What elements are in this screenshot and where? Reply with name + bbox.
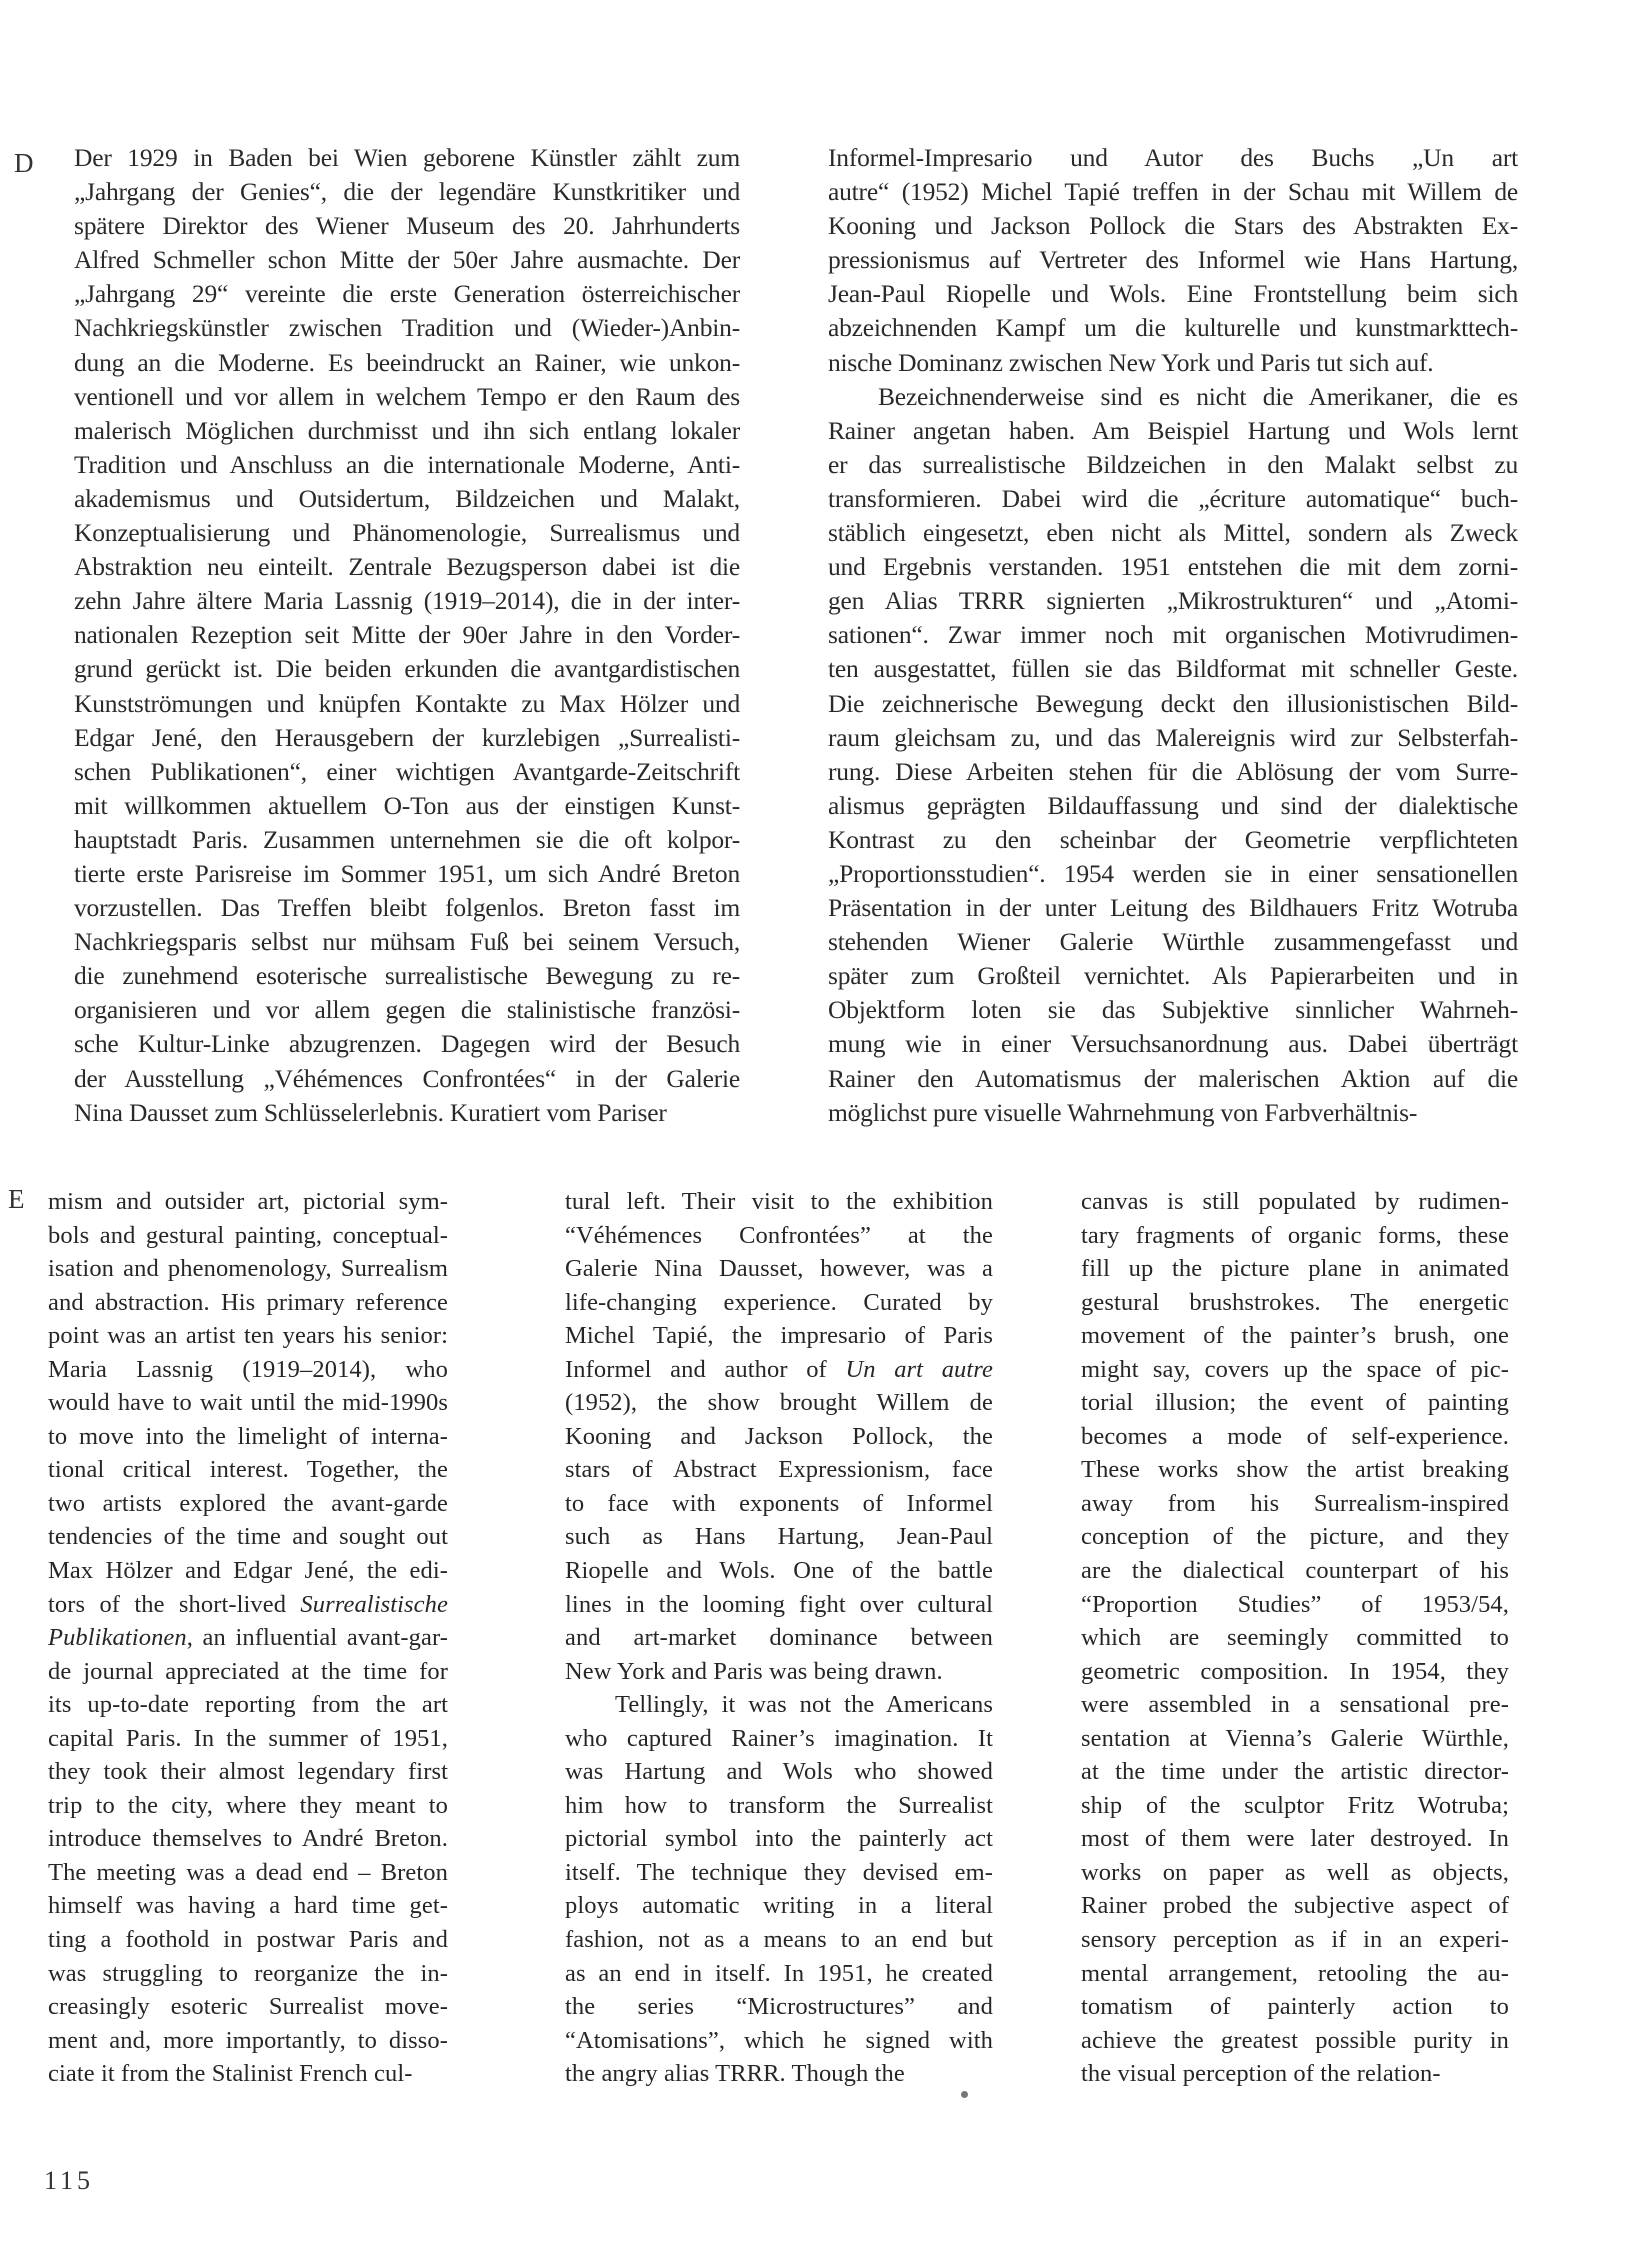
text-line: spätere Direktor des Wiener Museum des 2… — [74, 209, 740, 243]
text-line: most of them were later destroyed. In — [1081, 1822, 1509, 1856]
text-line: bols and gestural painting, conceptual- — [48, 1219, 448, 1253]
text-line: “Véhémences Confrontées” at the — [565, 1219, 993, 1253]
text-line: Rainer angetan haben. Am Beispiel Hartun… — [828, 414, 1518, 448]
english-section-marker: E — [8, 1184, 25, 1215]
text-line: pressionismus auf Vertreter des Informel… — [828, 243, 1518, 277]
text-line: mung wie in einer Versuchsanordnung aus.… — [828, 1027, 1518, 1061]
german-text-left-column: Der 1929 in Baden bei Wien geborene Küns… — [74, 141, 740, 1130]
text-line: New York and Paris was being drawn. — [565, 1655, 993, 1689]
text-line: might say, covers up the space of pic- — [1081, 1353, 1509, 1387]
text-line: works on paper as well as objects, — [1081, 1856, 1509, 1890]
text-line: Konzeptualisierung und Phänomenologie, S… — [74, 516, 740, 550]
text-line: zehn Jahre ältere Maria Lassnig (1919–20… — [74, 584, 740, 618]
text-line: canvas is still populated by rudimen- — [1081, 1185, 1509, 1219]
text-line: they took their almost legendary first — [48, 1755, 448, 1789]
text-line: Nachkriegsparis selbst nur mühsam Fuß be… — [74, 925, 740, 959]
text-line: Jean-Paul Riopelle und Wols. Eine Fronts… — [828, 277, 1518, 311]
text-line: tendencies of the time and sought out — [48, 1520, 448, 1554]
text-line: isation and phenomenology, Surrealism — [48, 1252, 448, 1286]
text-line: was Hartung and Wols who showed — [565, 1755, 993, 1789]
journal-title: Surrealistische — [300, 1591, 448, 1618]
text-line: tierte erste Parisreise im Sommer 1951, … — [74, 857, 740, 891]
text-line: hauptstadt Paris. Zusammen unternehmen s… — [74, 823, 740, 857]
text-line: er das surrealistische Bildzeichen in de… — [828, 448, 1518, 482]
german-section-marker: D — [14, 148, 34, 179]
text-line: were assembled in a sensational pre- — [1081, 1688, 1509, 1722]
text-line: schen Publikationen“, einer wichtigen Av… — [74, 755, 740, 789]
text-line: Informel and author of Un art autre — [565, 1353, 993, 1387]
text-line: organisieren und vor allem gegen die sta… — [74, 993, 740, 1027]
text-line: gestural brushstrokes. The energetic — [1081, 1286, 1509, 1320]
text-line: The meeting was a dead end – Breton — [48, 1856, 448, 1890]
text-line: (1952), the show brought Willem de — [565, 1386, 993, 1420]
text-line: stäblich eingesetzt, eben nicht als Mitt… — [828, 516, 1518, 550]
text-line: and abstraction. His primary reference — [48, 1286, 448, 1320]
text-line: tional critical interest. Together, the — [48, 1453, 448, 1487]
text-line: Abstraktion neu einteilt. Zentrale Bezug… — [74, 550, 740, 584]
text-line: transformieren. Dabei wird die „écriture… — [828, 482, 1518, 516]
text-line: Kooning und Jackson Pollock die Stars de… — [828, 209, 1518, 243]
text-line: Objektform loten sie das Subjektive sinn… — [828, 993, 1518, 1027]
text-line: “Proportion Studies” of 1953/54, — [1081, 1588, 1509, 1622]
page-number: 115 — [44, 2166, 94, 2196]
text-line: mism and outsider art, pictorial sym- — [48, 1185, 448, 1219]
german-text-right-column: Informel-Impresario und Autor des Buchs … — [828, 141, 1518, 1130]
text-line: the series “Microstructures” and — [565, 1990, 993, 2024]
text-line: Kooning and Jackson Pollock, the — [565, 1420, 993, 1454]
text-line: später zum Großteil vernichtet. Als Papi… — [828, 959, 1518, 993]
text-line: trip to the city, where they meant to — [48, 1789, 448, 1823]
text-line: and art-market dominance between — [565, 1621, 993, 1655]
text-line: away from his Surrealism-inspired — [1081, 1487, 1509, 1521]
text-line: torial illusion; the event of painting — [1081, 1386, 1509, 1420]
text-line: fill up the picture plane in animated — [1081, 1252, 1509, 1286]
text-line: creasingly esoteric Surrealist move- — [48, 1990, 448, 2024]
text-line: und Ergebnis verstanden. 1951 entstehen … — [828, 550, 1518, 584]
text-line: tomatism of painterly action to — [1081, 1990, 1509, 2024]
text-line: Edgar Jené, den Herausgebern der kurzleb… — [74, 721, 740, 755]
text-line: two artists explored the avant-garde — [48, 1487, 448, 1521]
text-line: de journal appreciated at the time for — [48, 1655, 448, 1689]
text-line: ting a foothold in postwar Paris and — [48, 1923, 448, 1957]
text-line: such as Hans Hartung, Jean-Paul — [565, 1520, 993, 1554]
text-line: tors of the short-lived Surrealistische — [48, 1588, 448, 1622]
text-line: the visual perception of the relation- — [1081, 2057, 1509, 2091]
text-line: to move into the limelight of interna- — [48, 1420, 448, 1454]
text-line: point was an artist ten years his senior… — [48, 1319, 448, 1353]
text-line: himself was having a hard time get- — [48, 1889, 448, 1923]
text-line: mit willkommen aktuellem O-Ton aus der e… — [74, 789, 740, 823]
text-line: Kontrast zu den scheinbar der Geometrie … — [828, 823, 1518, 857]
text-line: conception of the picture, and they — [1081, 1520, 1509, 1554]
text-line: rung. Diese Arbeiten stehen für die Ablö… — [828, 755, 1518, 789]
text-line: Publikationen, an influential avant-gar- — [48, 1621, 448, 1655]
text-line: malerisch Möglichen durchmisst und ihn s… — [74, 414, 740, 448]
text-line: ten ausgestattet, füllen sie das Bildfor… — [828, 652, 1518, 686]
text-line: achieve the greatest possible purity in — [1081, 2024, 1509, 2058]
journal-title: Publikationen — [48, 1624, 187, 1651]
text-line: geometric composition. In 1954, they — [1081, 1655, 1509, 1689]
english-text-column-2: tural left. Their visit to the exhibitio… — [565, 1185, 993, 2091]
text-line: autre“ (1952) Michel Tapié treffen in de… — [828, 175, 1518, 209]
text-line: die zunehmend esoterische surrealistisch… — [74, 959, 740, 993]
text-line: its up-to-date reporting from the art — [48, 1688, 448, 1722]
text-line: Nachkriegskünstler zwischen Tradition un… — [74, 311, 740, 345]
text-line: him how to transform the Surrealist — [565, 1789, 993, 1823]
text-line: becomes a mode of self-experience. — [1081, 1420, 1509, 1454]
text-line: akademismus und Outsidertum, Bildzeichen… — [74, 482, 740, 516]
text-line: movement of the painter’s brush, one — [1081, 1319, 1509, 1353]
text-line: grund gerückt ist. Die beiden erkunden d… — [74, 652, 740, 686]
text-line: nationalen Rezeption seit Mitte der 90er… — [74, 618, 740, 652]
text-line: Rainer den Automatismus der malerischen … — [828, 1062, 1518, 1096]
text-line: gen Alias TRRR signierten „Mikrostruktur… — [828, 584, 1518, 618]
text-line: Michel Tapié, the impresario of Paris — [565, 1319, 993, 1353]
text-line: Informel-Impresario und Autor des Buchs … — [828, 141, 1518, 175]
text-line: raum gleichsam zu, und das Malereignis w… — [828, 721, 1518, 755]
book-title: Un art autre — [845, 1356, 993, 1383]
text-line: “Atomisations”, which he signed with — [565, 2024, 993, 2058]
text-line: ventionell und vor allem in welchem Temp… — [74, 380, 740, 414]
text-line: Galerie Nina Dausset, however, was a — [565, 1252, 993, 1286]
text-line: at the time under the artistic director- — [1081, 1755, 1509, 1789]
text-line: pictorial symbol into the painterly act — [565, 1822, 993, 1856]
text-line: sationen“. Zwar immer noch mit organisch… — [828, 618, 1518, 652]
text-line: „Jahrgang 29“ vereinte die erste Generat… — [74, 277, 740, 311]
text-line: mental arrangement, retooling the au- — [1081, 1957, 1509, 1991]
text-line: ment and, more importantly, to disso- — [48, 2024, 448, 2058]
text-line: Präsentation in der unter Leitung des Bi… — [828, 891, 1518, 925]
text-line: itself. The technique they devised em- — [565, 1856, 993, 1890]
text-line: alismus geprägten Bildauffassung und sin… — [828, 789, 1518, 823]
text-line: nische Dominanz zwischen New York und Pa… — [828, 346, 1518, 380]
text-line: capital Paris. In the summer of 1951, — [48, 1722, 448, 1756]
text-line: Maria Lassnig (1919–2014), who — [48, 1353, 448, 1387]
text-line: ship of the sculptor Fritz Wotruba; — [1081, 1789, 1509, 1823]
text-line: Tradition und Anschluss an die internati… — [74, 448, 740, 482]
text-line: are the dialectical counterpart of his — [1081, 1554, 1509, 1588]
text-line: der Ausstellung „Véhémences Confrontées“… — [74, 1062, 740, 1096]
text-line: Nina Dausset zum Schlüsselerlebnis. Kura… — [74, 1096, 740, 1130]
text-line: These works show the artist breaking — [1081, 1453, 1509, 1487]
text-line: abzeichnenden Kampf um die kulturelle un… — [828, 311, 1518, 345]
text-line: life-changing experience. Curated by — [565, 1286, 993, 1320]
text-line: introduce themselves to André Breton. — [48, 1822, 448, 1856]
text-line: would have to wait until the mid-1990s — [48, 1386, 448, 1420]
text-line: which are seemingly committed to — [1081, 1621, 1509, 1655]
text-line: Max Hölzer and Edgar Jené, the edi- — [48, 1554, 448, 1588]
text-line: möglichst pure visuelle Wahrnehmung von … — [828, 1096, 1518, 1130]
english-text-column-1: mism and outsider art, pictorial sym-bol… — [48, 1185, 448, 2091]
text-line: Riopelle and Wols. One of the battle — [565, 1554, 993, 1588]
text-line: was struggling to reorganize the in- — [48, 1957, 448, 1991]
text-line: sche Kultur-Linke abzugrenzen. Dagegen w… — [74, 1027, 740, 1061]
text-line: as an end in itself. In 1951, he created — [565, 1957, 993, 1991]
text-line: sensory perception as if in an experi- — [1081, 1923, 1509, 1957]
text-line: stehenden Wiener Galerie Würthle zusamme… — [828, 925, 1518, 959]
text-line: who captured Rainer’s imagination. It — [565, 1722, 993, 1756]
text-line: sentation at Vienna’s Galerie Würthle, — [1081, 1722, 1509, 1756]
text-line: Rainer probed the subjective aspect of — [1081, 1889, 1509, 1923]
text-line: ploys automatic writing in a literal — [565, 1889, 993, 1923]
text-line: Der 1929 in Baden bei Wien geborene Küns… — [74, 141, 740, 175]
english-text-column-3: canvas is still populated by rudimen-tar… — [1081, 1185, 1509, 2091]
print-speck — [961, 2091, 968, 2098]
text-line: fashion, not as a means to an end but — [565, 1923, 993, 1957]
text-line: dung an die Moderne. Es beeindruckt an R… — [74, 346, 740, 380]
text-line: lines in the looming fight over cultural — [565, 1588, 993, 1622]
text-line: Tellingly, it was not the Americans — [565, 1688, 993, 1722]
text-line: Alfred Schmeller schon Mitte der 50er Ja… — [74, 243, 740, 277]
text-line: the angry alias TRRR. Though the — [565, 2057, 993, 2091]
text-line: tary fragments of organic forms, these — [1081, 1219, 1509, 1253]
text-line: tural left. Their visit to the exhibitio… — [565, 1185, 993, 1219]
text-line: ciate it from the Stalinist French cul- — [48, 2057, 448, 2091]
text-line: to face with exponents of Informel — [565, 1487, 993, 1521]
text-line: Bezeichnenderweise sind es nicht die Ame… — [828, 380, 1518, 414]
text-line: „Proportionsstudien“. 1954 werden sie in… — [828, 857, 1518, 891]
text-line: „Jahrgang der Genies“, die der legendäre… — [74, 175, 740, 209]
text-line: Die zeichnerische Bewegung deckt den ill… — [828, 687, 1518, 721]
text-line: stars of Abstract Expressionism, face — [565, 1453, 993, 1487]
text-line: Kunstströmungen und knüpfen Kontakte zu … — [74, 687, 740, 721]
text-line: vorzustellen. Das Treffen bleibt folgenl… — [74, 891, 740, 925]
